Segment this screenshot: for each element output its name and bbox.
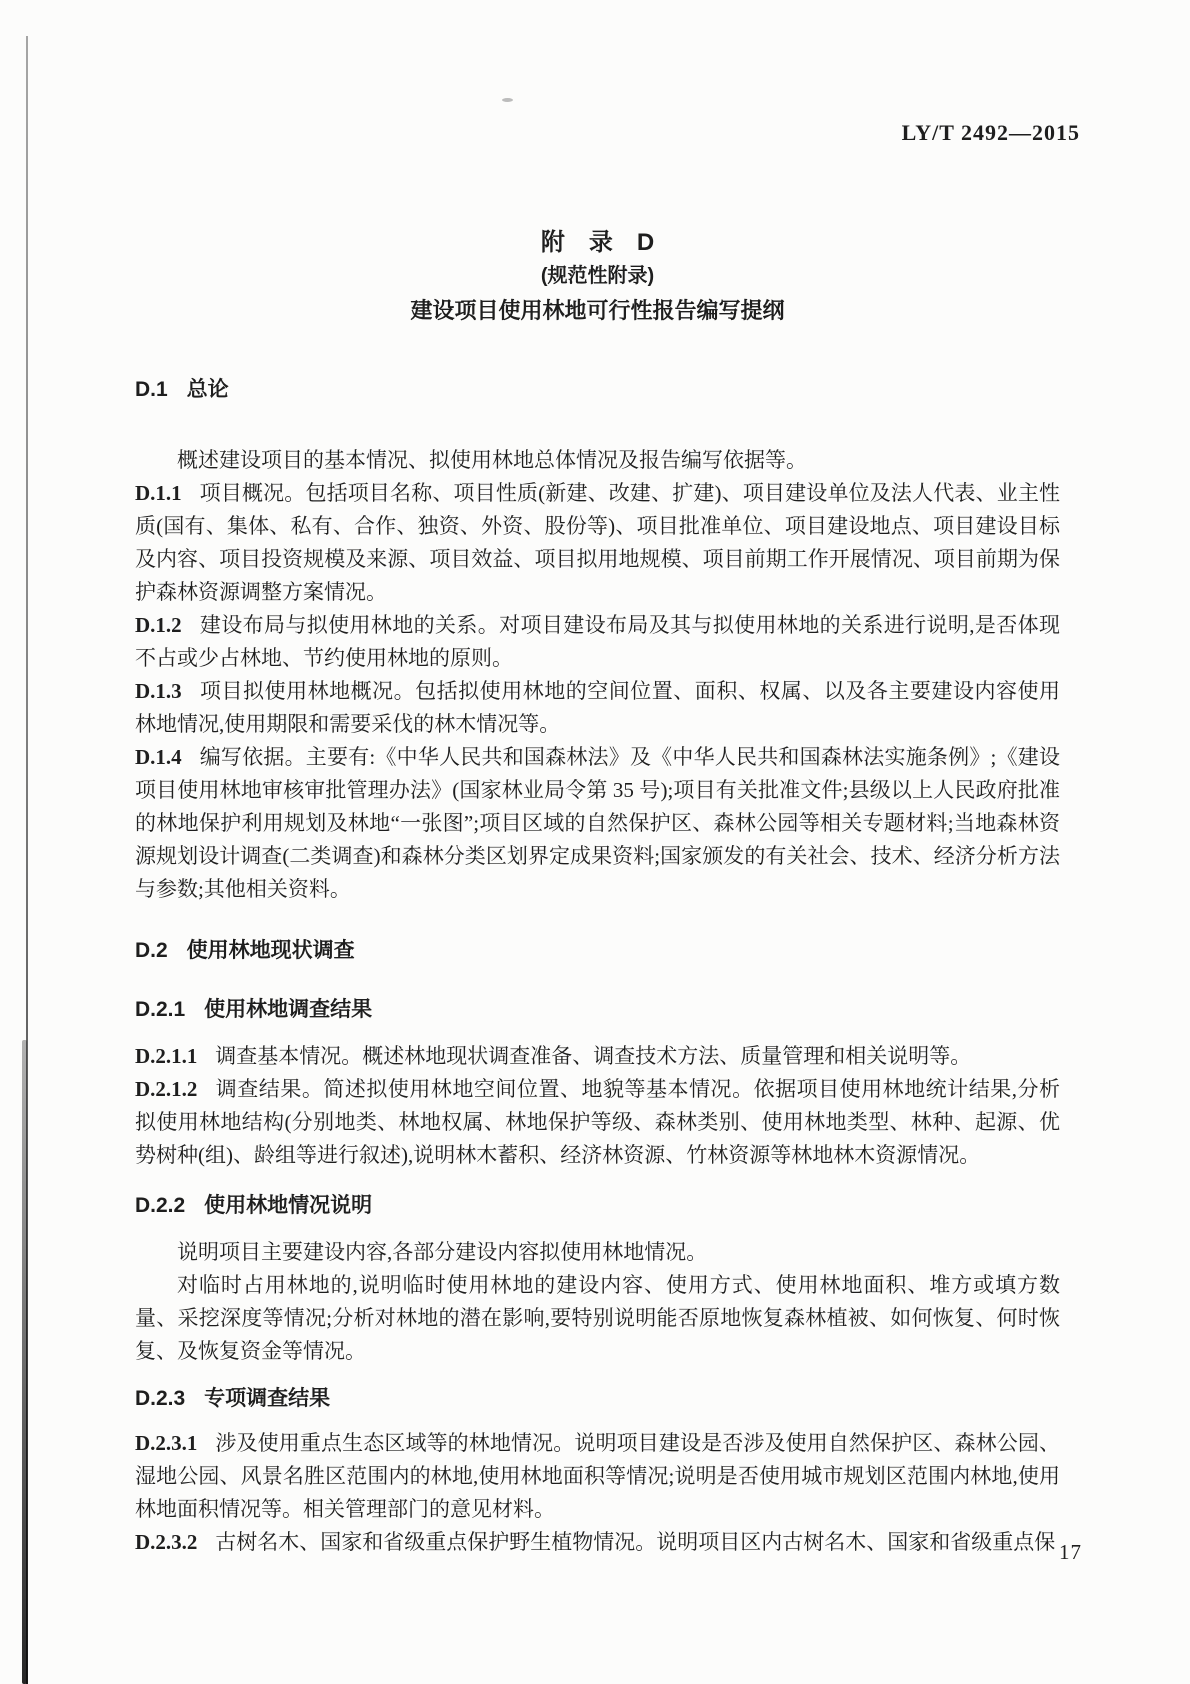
clause-number: D.2.3.1 [135,1431,197,1455]
clause-number: D.2.1.1 [135,1044,197,1068]
clause-text: 调查基本情况。概述林地现状调查准备、调查技术方法、质量管理和相关说明等。 [215,1044,971,1068]
clause-text: 项目拟使用林地概况。包括拟使用林地的空间位置、面积、权属、以及各主要建设内容使用… [135,679,1060,736]
clause-d2-3-1: D.2.3.1涉及使用重点生态区域等的林地情况。说明项目建设是否涉及使用自然保护… [135,1427,1060,1526]
clause-d1-1: D.1.1项目概况。包括项目名称、项目性质(新建、改建、扩建)、项目建设单位及法… [135,477,1060,609]
section-heading-d2: D.2使用林地现状调查 [135,933,1060,969]
clause-d1-3: D.1.3项目拟使用林地概况。包括拟使用林地的空间位置、面积、权属、以及各主要建… [135,675,1060,741]
appendix-note: (规范性附录) [135,260,1060,293]
section-title: 使用林地现状调查 [187,939,355,962]
subsection-number: D.2.2 [135,1194,185,1217]
clause-text: 古树名木、国家和省级重点保护野生植物情况。说明项目区内古树名木、国家和省级重点保 [215,1530,1055,1554]
subsection-title: 使用林地调查结果 [204,998,372,1021]
standard-code: LY/T 2492—2015 [902,120,1080,146]
subsection-title: 使用林地情况说明 [204,1194,372,1217]
clause-text: 项目概况。包括项目名称、项目性质(新建、改建、扩建)、项目建设单位及法人代表、业… [135,481,1060,604]
clause-number: D.2.1.2 [135,1077,197,1101]
subsection-heading-d2-3: D.2.3专项调查结果 [135,1382,1060,1415]
clause-text: 调查结果。简述拟使用林地空间位置、地貌等基本情况。依据项目使用林地统计结果,分析… [135,1077,1060,1167]
clause-number: D.1.4 [135,745,182,769]
clause-d2-1-1: D.2.1.1调查基本情况。概述林地现状调查准备、调查技术方法、质量管理和相关说… [135,1040,1060,1073]
paragraph-d2-2-1: 说明项目主要建设内容,各部分建设内容拟使用林地情况。 [135,1236,1060,1269]
document-title: 建设项目使用林地可行性报告编写提纲 [135,293,1060,329]
clause-number: D.1.2 [135,613,182,637]
clause-number: D.1.3 [135,679,182,703]
clause-number: D.2.3.2 [135,1530,197,1554]
clause-d1-4: D.1.4编写依据。主要有:《中华人民共和国森林法》及《中华人民共和国森林法实施… [135,741,1060,906]
clause-d1-2: D.1.2建设布局与拟使用林地的关系。对项目建设布局及其与拟使用林地的关系进行说… [135,609,1060,675]
paragraph-d1-intro: 概述建设项目的基本情况、拟使用林地总体情况及报告编写依据等。 [135,444,1060,477]
page-number: 17 [1059,1540,1082,1565]
clause-number: D.1.1 [135,481,182,505]
subsection-number: D.2.3 [135,1387,185,1410]
subsection-heading-d2-2: D.2.2使用林地情况说明 [135,1189,1060,1222]
section-heading-d1: D.1总论 [135,372,1060,408]
subsection-heading-d2-1: D.2.1使用林地调查结果 [135,993,1060,1026]
scan-spot [502,98,513,102]
subsection-title: 专项调查结果 [204,1387,330,1410]
paragraph-d2-2-2: 对临时占用林地的,说明临时使用林地的建设内容、使用方式、使用林地面积、堆方或填方… [135,1269,1060,1368]
scan-edge-line-bottom [22,1040,27,1684]
subsection-number: D.2.1 [135,998,185,1021]
clause-text: 建设布局与拟使用林地的关系。对项目建设布局及其与拟使用林地的关系进行说明,是否体… [135,613,1060,670]
section-title: 总论 [187,378,229,401]
clause-text: 编写依据。主要有:《中华人民共和国森林法》及《中华人民共和国森林法实施条例》;《… [135,745,1060,901]
clause-d2-1-2: D.2.1.2调查结果。简述拟使用林地空间位置、地貌等基本情况。依据项目使用林地… [135,1073,1060,1172]
document-page: LY/T 2492—2015 附 录 D (规范性附录) 建设项目使用林地可行性… [0,0,1190,1684]
section-number: D.1 [135,378,168,401]
clause-d2-3-2: D.2.3.2古树名木、国家和省级重点保护野生植物情况。说明项目区内古树名木、国… [135,1526,1060,1560]
clause-text: 涉及使用重点生态区域等的林地情况。说明项目建设是否涉及使用自然保护区、森林公园、… [135,1431,1060,1521]
title-block: 附 录 D (规范性附录) 建设项目使用林地可行性报告编写提纲 [135,226,1060,329]
appendix-heading: 附 录 D [135,226,1060,260]
document-body: D.1总论 概述建设项目的基本情况、拟使用林地总体情况及报告编写依据等。 D.1… [135,372,1060,1560]
section-number: D.2 [135,939,168,962]
